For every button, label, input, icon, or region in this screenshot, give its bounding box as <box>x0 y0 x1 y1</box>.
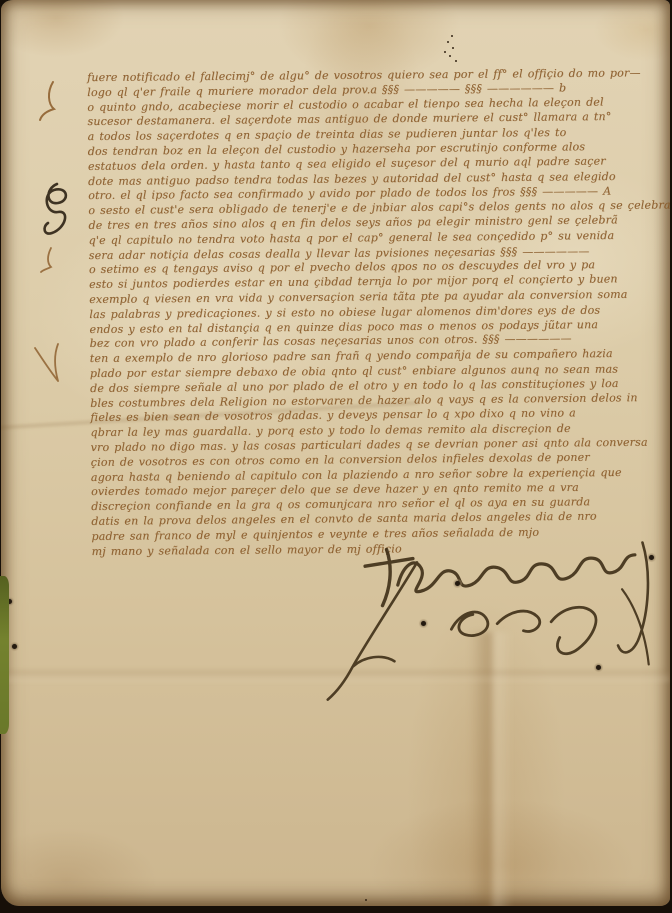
wormhole <box>455 581 460 586</box>
green-backing-edge <box>0 576 9 734</box>
parchment-page: fuere notificado el fallecimj° de algu° … <box>1 0 670 906</box>
ink-speck <box>452 47 454 49</box>
ink-speck <box>455 60 457 62</box>
ink-speck <box>451 35 453 37</box>
wormhole <box>596 665 601 670</box>
ink-speck <box>449 55 451 57</box>
wormhole <box>421 621 426 626</box>
margin-small-bracket-mark <box>39 246 57 274</box>
margin-ink-knot-mark <box>39 180 73 242</box>
margin-check-flourish-mark <box>33 342 61 384</box>
wormhole <box>12 644 17 649</box>
ink-speck <box>365 899 367 901</box>
ink-speck <box>444 51 446 53</box>
manuscript-text-block: fuere notificado el fallecimj° de algu° … <box>87 66 660 560</box>
margin-paragraph-flourish-mark <box>37 80 63 122</box>
wormhole <box>649 555 654 560</box>
signature-rubric <box>298 524 670 713</box>
manuscript-photo: fuere notificado el fallecimj° de algu° … <box>0 0 672 913</box>
ink-speck <box>447 41 449 43</box>
